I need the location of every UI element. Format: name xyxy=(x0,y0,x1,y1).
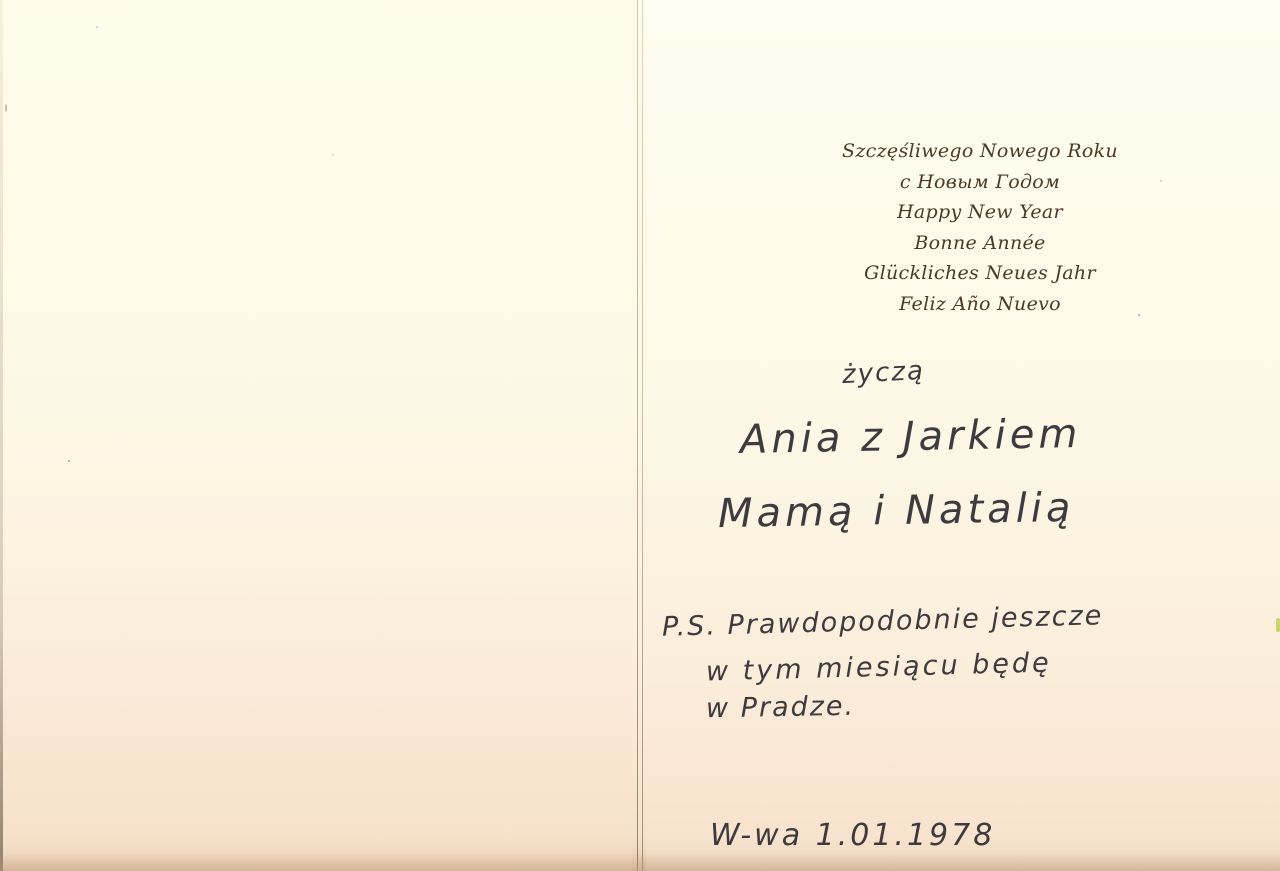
greeting-french: Bonne Année xyxy=(790,228,1170,259)
greeting-russian: с Новым Годом xyxy=(790,167,1170,198)
card-fold-crease xyxy=(634,0,646,871)
handwritten-signers-line2: Mamą i Natalią xyxy=(718,485,1075,537)
handwritten-wishes: życzą xyxy=(841,356,925,390)
greeting-german: Glückliches Neues Jahr xyxy=(790,258,1170,289)
greeting-spanish: Feliz Año Nuevo xyxy=(790,289,1170,320)
fold-line xyxy=(642,0,643,871)
scan-bottom-shadow xyxy=(0,853,1280,871)
handwritten-place-date: W-wa 1.01.1978 xyxy=(710,818,995,853)
handwritten-signers-line1: Ania z Jarkiem xyxy=(740,411,1082,463)
handwritten-postscript-line3: w Pradze. xyxy=(706,691,856,725)
greeting-polish: Szczęśliwego Nowego Roku xyxy=(790,136,1170,167)
card-left-page xyxy=(0,0,632,871)
fold-line xyxy=(637,0,638,871)
printed-greeting: Szczęśliwego Nowego Roku с Новым Годом H… xyxy=(790,136,1170,319)
scan-edge-mark xyxy=(1276,618,1280,632)
greeting-english: Happy New Year xyxy=(790,197,1170,228)
scanned-card: Szczęśliwego Nowego Roku с Новым Годом H… xyxy=(0,0,1280,871)
card-left-edge xyxy=(0,0,3,871)
